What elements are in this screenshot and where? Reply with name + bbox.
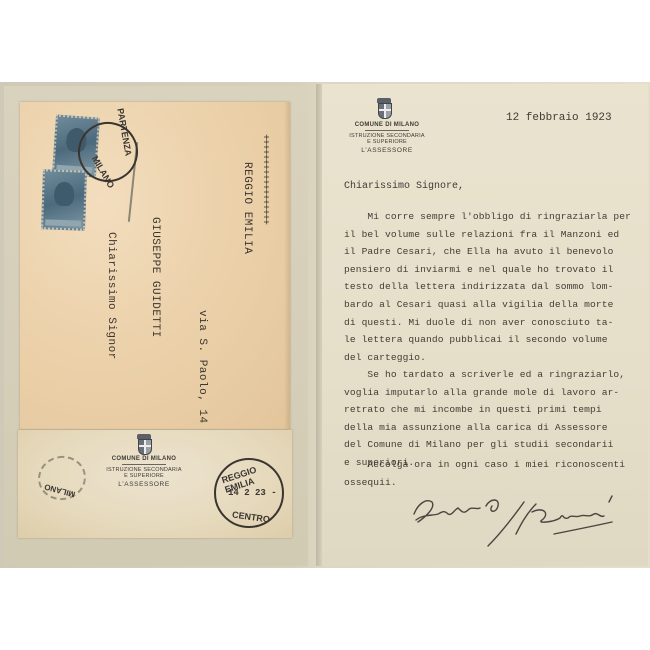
address-name: GIUSEPPE GUIDETTI (149, 217, 161, 338)
letterhead-comune: COMUNE DI MILANO (342, 122, 432, 128)
milan-coat-of-arms-icon (376, 98, 392, 118)
letter-page: COMUNE DI MILANO ISTRUZIONE SECONDARIA E… (322, 84, 648, 566)
postmark-office: PARTENZA (115, 108, 133, 157)
letterhead-comune: COMUNE DI MILANO (102, 456, 186, 462)
letterhead-title: L'ASSESSORE (342, 147, 432, 154)
milan-coat-of-arms-icon (136, 434, 152, 454)
envelope-letterhead: COMUNE DI MILANO ISTRUZIONE SECONDARIA E… (102, 456, 186, 488)
address-underline: ++++++++++++++++++ (259, 134, 270, 224)
address-street: via S. Paolo, 14 (196, 310, 208, 424)
envelope-fold-shadow (284, 102, 290, 429)
postmark-city: MILANO (90, 154, 116, 190)
postmark-office: CENTRO (231, 509, 270, 524)
postmark-reggio-emilia: REGGIO EMILIA 14 2 23 - CENTRO (214, 458, 284, 528)
handwritten-signature: Dev.mo G. Gallavresi (404, 484, 624, 554)
letter-paragraph-1: Mi corre sempre l'obbligo di ringraziarl… (344, 208, 650, 366)
letterhead-rule (122, 464, 166, 465)
faded-postmark (35, 452, 90, 504)
address-salutation: Chiarissimo Signor (105, 232, 117, 360)
envelope-front: MILANO PARTENZA Chiarissimo Signor GIUSE… (20, 102, 290, 429)
postage-stamp-icon (41, 169, 87, 230)
letterhead-title: L'ASSESSORE (102, 481, 186, 488)
address-city: REGGIO EMILIA (241, 162, 253, 254)
letterhead-rule (365, 130, 409, 131)
letter-salutation: Chiarissimo Signore, (344, 181, 464, 192)
letter-date: 12 febbraio 1923 (506, 112, 612, 124)
envelope-back: MILANO COMUNE DI MILANO ISTRUZIONE SECON… (18, 430, 292, 538)
letter-letterhead: COMUNE DI MILANO ISTRUZIONE SECONDARIA E… (342, 122, 432, 154)
letterhead-department-2: E SUPERIORE (342, 139, 432, 145)
letterhead-department-2: E SUPERIORE (102, 473, 186, 479)
postmark-date: 14 2 23 - (228, 488, 277, 498)
